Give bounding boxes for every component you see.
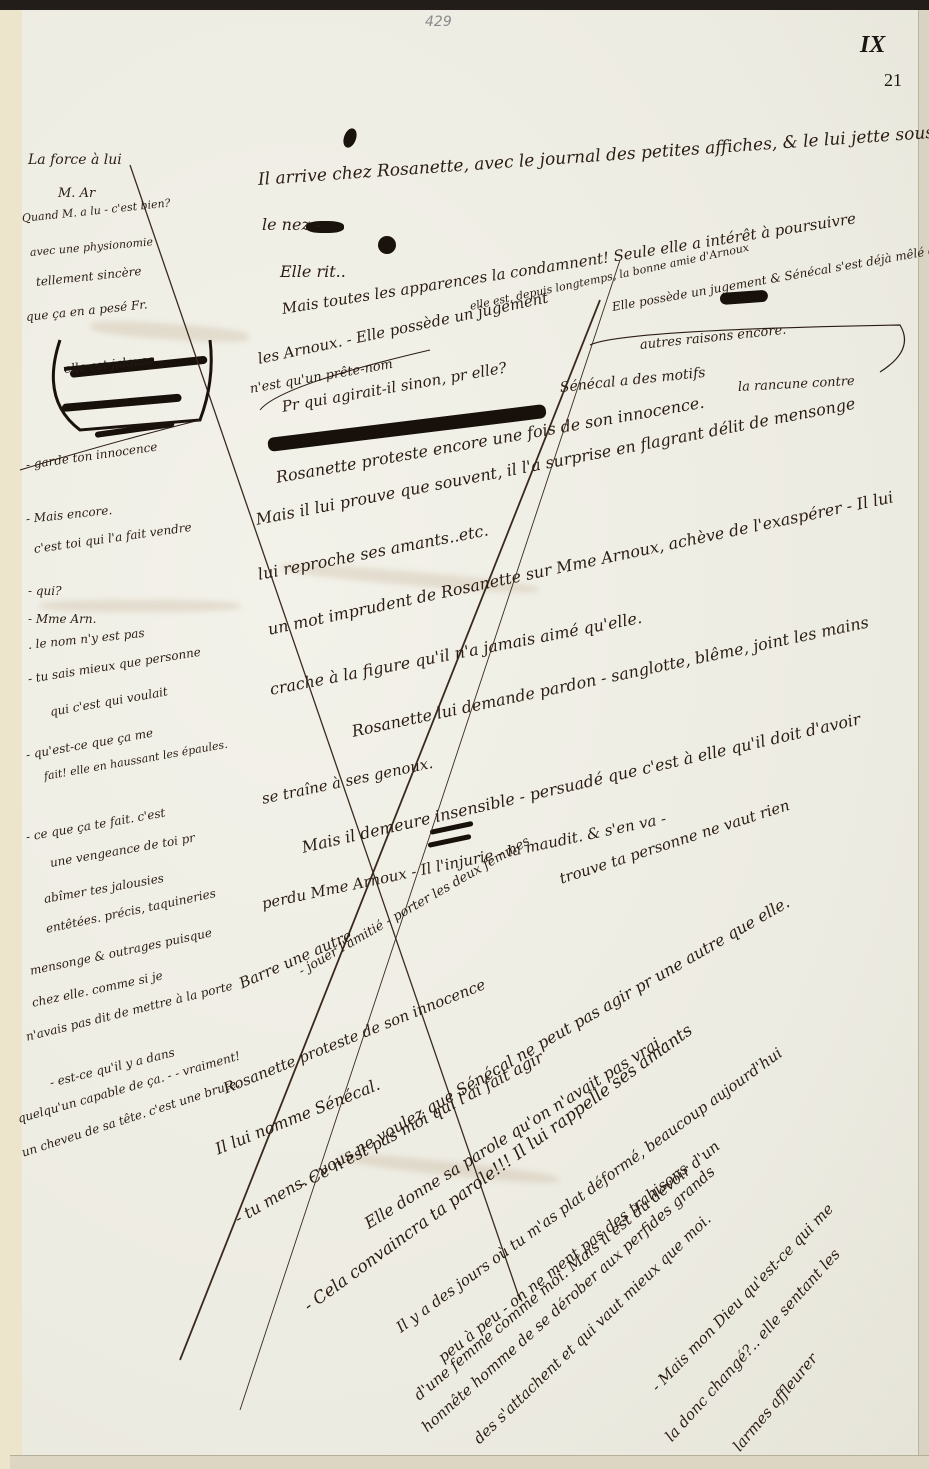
pencil-page-number: 429 bbox=[425, 14, 452, 30]
page-bottom-edge bbox=[10, 1455, 929, 1469]
ink-offset-stain bbox=[40, 600, 240, 612]
margin-note: La force à lui bbox=[28, 152, 122, 168]
scan-left-margin-strip bbox=[0, 10, 22, 1469]
manuscript-line: le nez - bbox=[262, 215, 320, 234]
scan-top-band bbox=[0, 0, 929, 10]
page-right-edge bbox=[918, 10, 929, 1469]
ink-blot bbox=[378, 236, 396, 254]
chapter-label: IX bbox=[860, 32, 885, 59]
folio-number: 21 bbox=[884, 70, 902, 91]
margin-note: M. Ar bbox=[58, 186, 95, 201]
margin-note: - qui? bbox=[28, 584, 62, 598]
manuscript-line: Elle rit.. bbox=[280, 262, 346, 281]
margin-note: - Mme Arn. bbox=[28, 612, 96, 626]
